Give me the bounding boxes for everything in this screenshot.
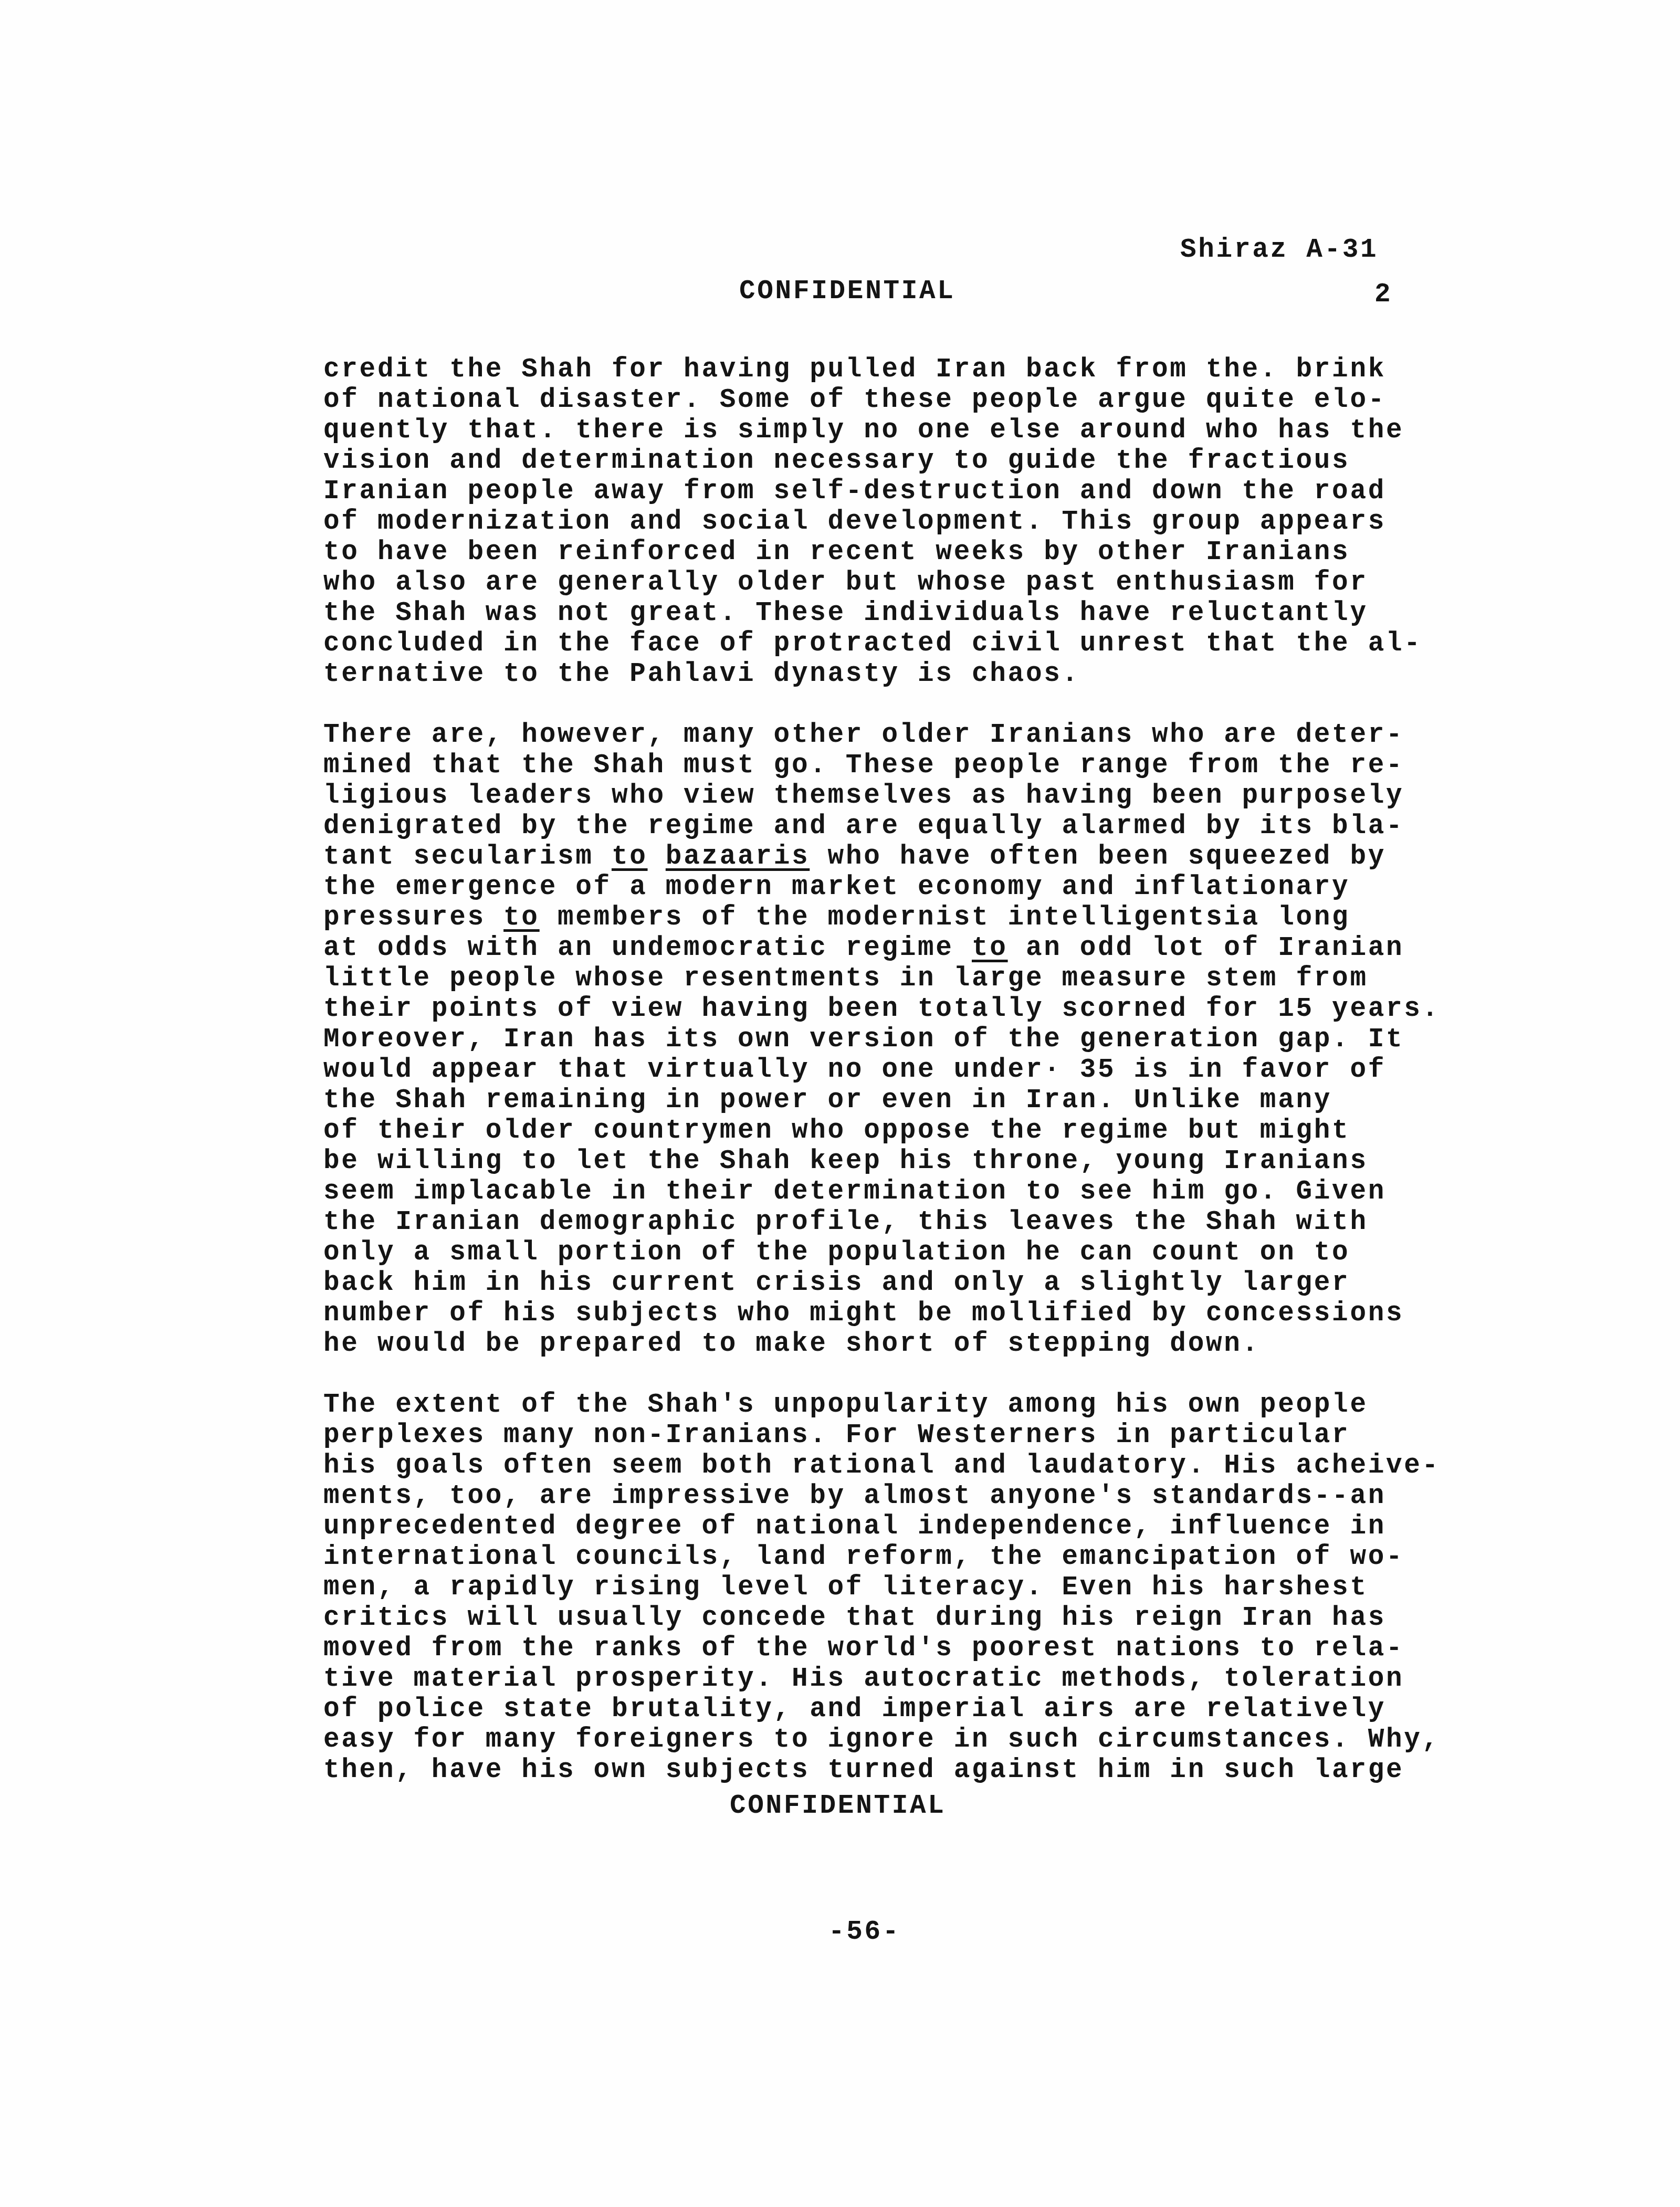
text-line: number of his subjects who might be moll… [323,1299,1440,1329]
text-line: mined that the Shah must go. These peopl… [323,751,1440,781]
text-segment: would appear that virtually no one under… [323,1055,1386,1085]
underlined-text: to [612,842,648,872]
text-segment: Moreover, Iran has its own version of th… [323,1025,1404,1055]
text-segment: to have been reinforced in recent weeks … [323,538,1350,567]
paragraph-2: There are, however, many other older Ira… [323,720,1440,1360]
text-line: moved from the ranks of the world's poor… [323,1634,1440,1664]
text-line: Moreover, Iran has its own version of th… [323,1025,1440,1055]
text-segment: vision and determination necessary to gu… [323,446,1350,476]
text-line: to have been reinforced in recent weeks … [323,538,1440,568]
text-line: be willing to let the Shah keep his thro… [323,1147,1440,1177]
text-line: concluded in the face of protracted civi… [323,629,1440,659]
text-segment: ternative to the Pahlavi dynasty is chao… [323,659,1080,689]
text-segment: of police state brutality, and imperial … [323,1695,1386,1725]
text-segment: the emergence of a modern market economy… [323,873,1350,902]
paragraph-1: credit the Shah for having pulled Iran b… [323,355,1440,690]
document-body: credit the Shah for having pulled Iran b… [323,355,1440,1816]
text-segment: concluded in the face of protracted civi… [323,629,1422,659]
text-line: seem implacable in their determination t… [323,1177,1440,1207]
text-segment: of their older countrymen who oppose the… [323,1116,1350,1146]
text-segment: ments, too, are impressive by almost any… [323,1481,1386,1511]
text-line: credit the Shah for having pulled Iran b… [323,355,1440,385]
text-segment: ligious leaders who view themselves as h… [323,781,1404,811]
text-line: quently that. there is simply no one els… [323,416,1440,446]
text-segment: an odd lot of Iranian [1008,933,1404,963]
text-line: only a small portion of the population h… [323,1238,1440,1268]
text-line: of their older countrymen who oppose the… [323,1116,1440,1147]
text-line: There are, however, many other older Ira… [323,720,1440,751]
text-segment: of national disaster. Some of these peop… [323,385,1386,415]
footer-page-number: -56- [828,1917,900,1947]
text-line: pressures to members of the modernist in… [323,903,1440,933]
text-line: unprecedented degree of national indepen… [323,1512,1440,1542]
text-segment: mined that the Shah must go. These peopl… [323,751,1404,781]
text-line: at odds with an undemocratic regime to a… [323,933,1440,964]
text-line: of national disaster. Some of these peop… [323,385,1440,416]
text-line: the emergence of a modern market economy… [323,873,1440,903]
text-segment: his goals often seem both rational and l… [323,1451,1440,1481]
text-segment: who also are generally older but whose p… [323,568,1368,598]
text-line: ternative to the Pahlavi dynasty is chao… [323,659,1440,690]
text-segment: There are, however, many other older Ira… [323,720,1404,750]
text-segment: perplexes many non-Iranians. For Western… [323,1421,1350,1451]
text-segment: the Iranian demographic profile, this le… [323,1207,1368,1237]
text-segment: number of his subjects who might be moll… [323,1299,1404,1329]
text-segment: international councils, land reform, the… [323,1542,1404,1572]
text-line: Iranian people away from self-destructio… [323,477,1440,507]
text-segment: critics will usually concede that during… [323,1603,1386,1633]
text-segment: credit the Shah for having pulled Iran b… [323,355,1386,385]
text-line: international councils, land reform, the… [323,1542,1440,1573]
paragraph-3: The extent of the Shah's unpopularity am… [323,1390,1440,1786]
underlined-text: bazaaris [666,842,810,872]
text-segment: only a small portion of the population h… [323,1238,1350,1268]
text-segment: of modernization and social development.… [323,507,1386,537]
underlined-text: to [503,903,540,933]
classification-footer: CONFIDENTIAL [730,1791,946,1821]
text-line: denigrated by the regime and are equally… [323,812,1440,842]
text-segment: quently that. there is simply no one els… [323,416,1404,446]
text-segment: easy for many foreigners to ignore in su… [323,1725,1440,1755]
text-line: his goals often seem both rational and l… [323,1451,1440,1481]
text-line: vision and determination necessary to gu… [323,446,1440,477]
text-line: the Iranian demographic profile, this le… [323,1207,1440,1238]
text-line: little people whose resentments in large… [323,964,1440,994]
text-line: then, have his own subjects turned again… [323,1756,1440,1786]
text-line: who also are generally older but whose p… [323,568,1440,598]
text-segment: members of the modernist intelligentsia … [540,903,1350,933]
text-segment: unprecedented degree of national indepen… [323,1512,1386,1542]
text-segment [648,842,666,872]
text-segment: tive material prosperity. His autocratic… [323,1664,1404,1694]
text-line: of modernization and social development.… [323,507,1440,538]
text-segment: who have often been squeezed by [810,842,1386,872]
text-segment: the Shah remaining in power or even in I… [323,1086,1332,1116]
text-line: he would be prepared to make short of st… [323,1329,1440,1360]
text-segment: then, have his own subjects turned again… [323,1756,1404,1785]
text-segment: the Shah was not great. These individual… [323,598,1368,628]
text-segment: back him in his current crisis and only … [323,1268,1350,1298]
text-line: ligious leaders who view themselves as h… [323,781,1440,812]
text-segment: tant secularism [323,842,612,872]
text-segment: pressures [323,903,503,933]
text-segment: little people whose resentments in large… [323,964,1368,994]
text-line: of police state brutality, and imperial … [323,1695,1440,1725]
page-number: 2 [1374,280,1392,310]
text-segment: men, a rapidly rising level of literacy.… [323,1573,1368,1603]
text-line: their points of view having been totally… [323,994,1440,1025]
text-line: ments, too, are impressive by almost any… [323,1481,1440,1512]
text-line: men, a rapidly rising level of literacy.… [323,1573,1440,1603]
text-segment: Iranian people away from self-destructio… [323,477,1386,507]
text-line: perplexes many non-Iranians. For Western… [323,1421,1440,1451]
text-segment: The extent of the Shah's unpopularity am… [323,1390,1368,1420]
text-segment: denigrated by the regime and are equally… [323,812,1404,842]
text-line: critics will usually concede that during… [323,1603,1440,1634]
text-line: The extent of the Shah's unpopularity am… [323,1390,1440,1421]
text-line: would appear that virtually no one under… [323,1055,1440,1086]
text-line: easy for many foreigners to ignore in su… [323,1725,1440,1756]
document-page: Shiraz A-31 CONFIDENTIAL 2 credit the Sh… [0,0,1680,2207]
text-segment: at odds with an undemocratic regime [323,933,972,963]
text-line: tive material prosperity. His autocratic… [323,1664,1440,1695]
text-line: the Shah remaining in power or even in I… [323,1086,1440,1116]
text-segment: their points of view having been totally… [323,994,1440,1024]
underlined-text: to [972,933,1008,963]
text-line: back him in his current crisis and only … [323,1268,1440,1299]
doc-reference: Shiraz A-31 [1180,235,1378,265]
text-segment: he would be prepared to make short of st… [323,1329,1260,1359]
text-line: the Shah was not great. These individual… [323,598,1440,629]
text-segment: seem implacable in their determination t… [323,1177,1386,1207]
text-line: tant secularism to bazaaris who have oft… [323,842,1440,873]
text-segment: be willing to let the Shah keep his thro… [323,1147,1368,1176]
text-segment: moved from the ranks of the world's poor… [323,1634,1404,1664]
classification-header: CONFIDENTIAL [739,277,955,307]
